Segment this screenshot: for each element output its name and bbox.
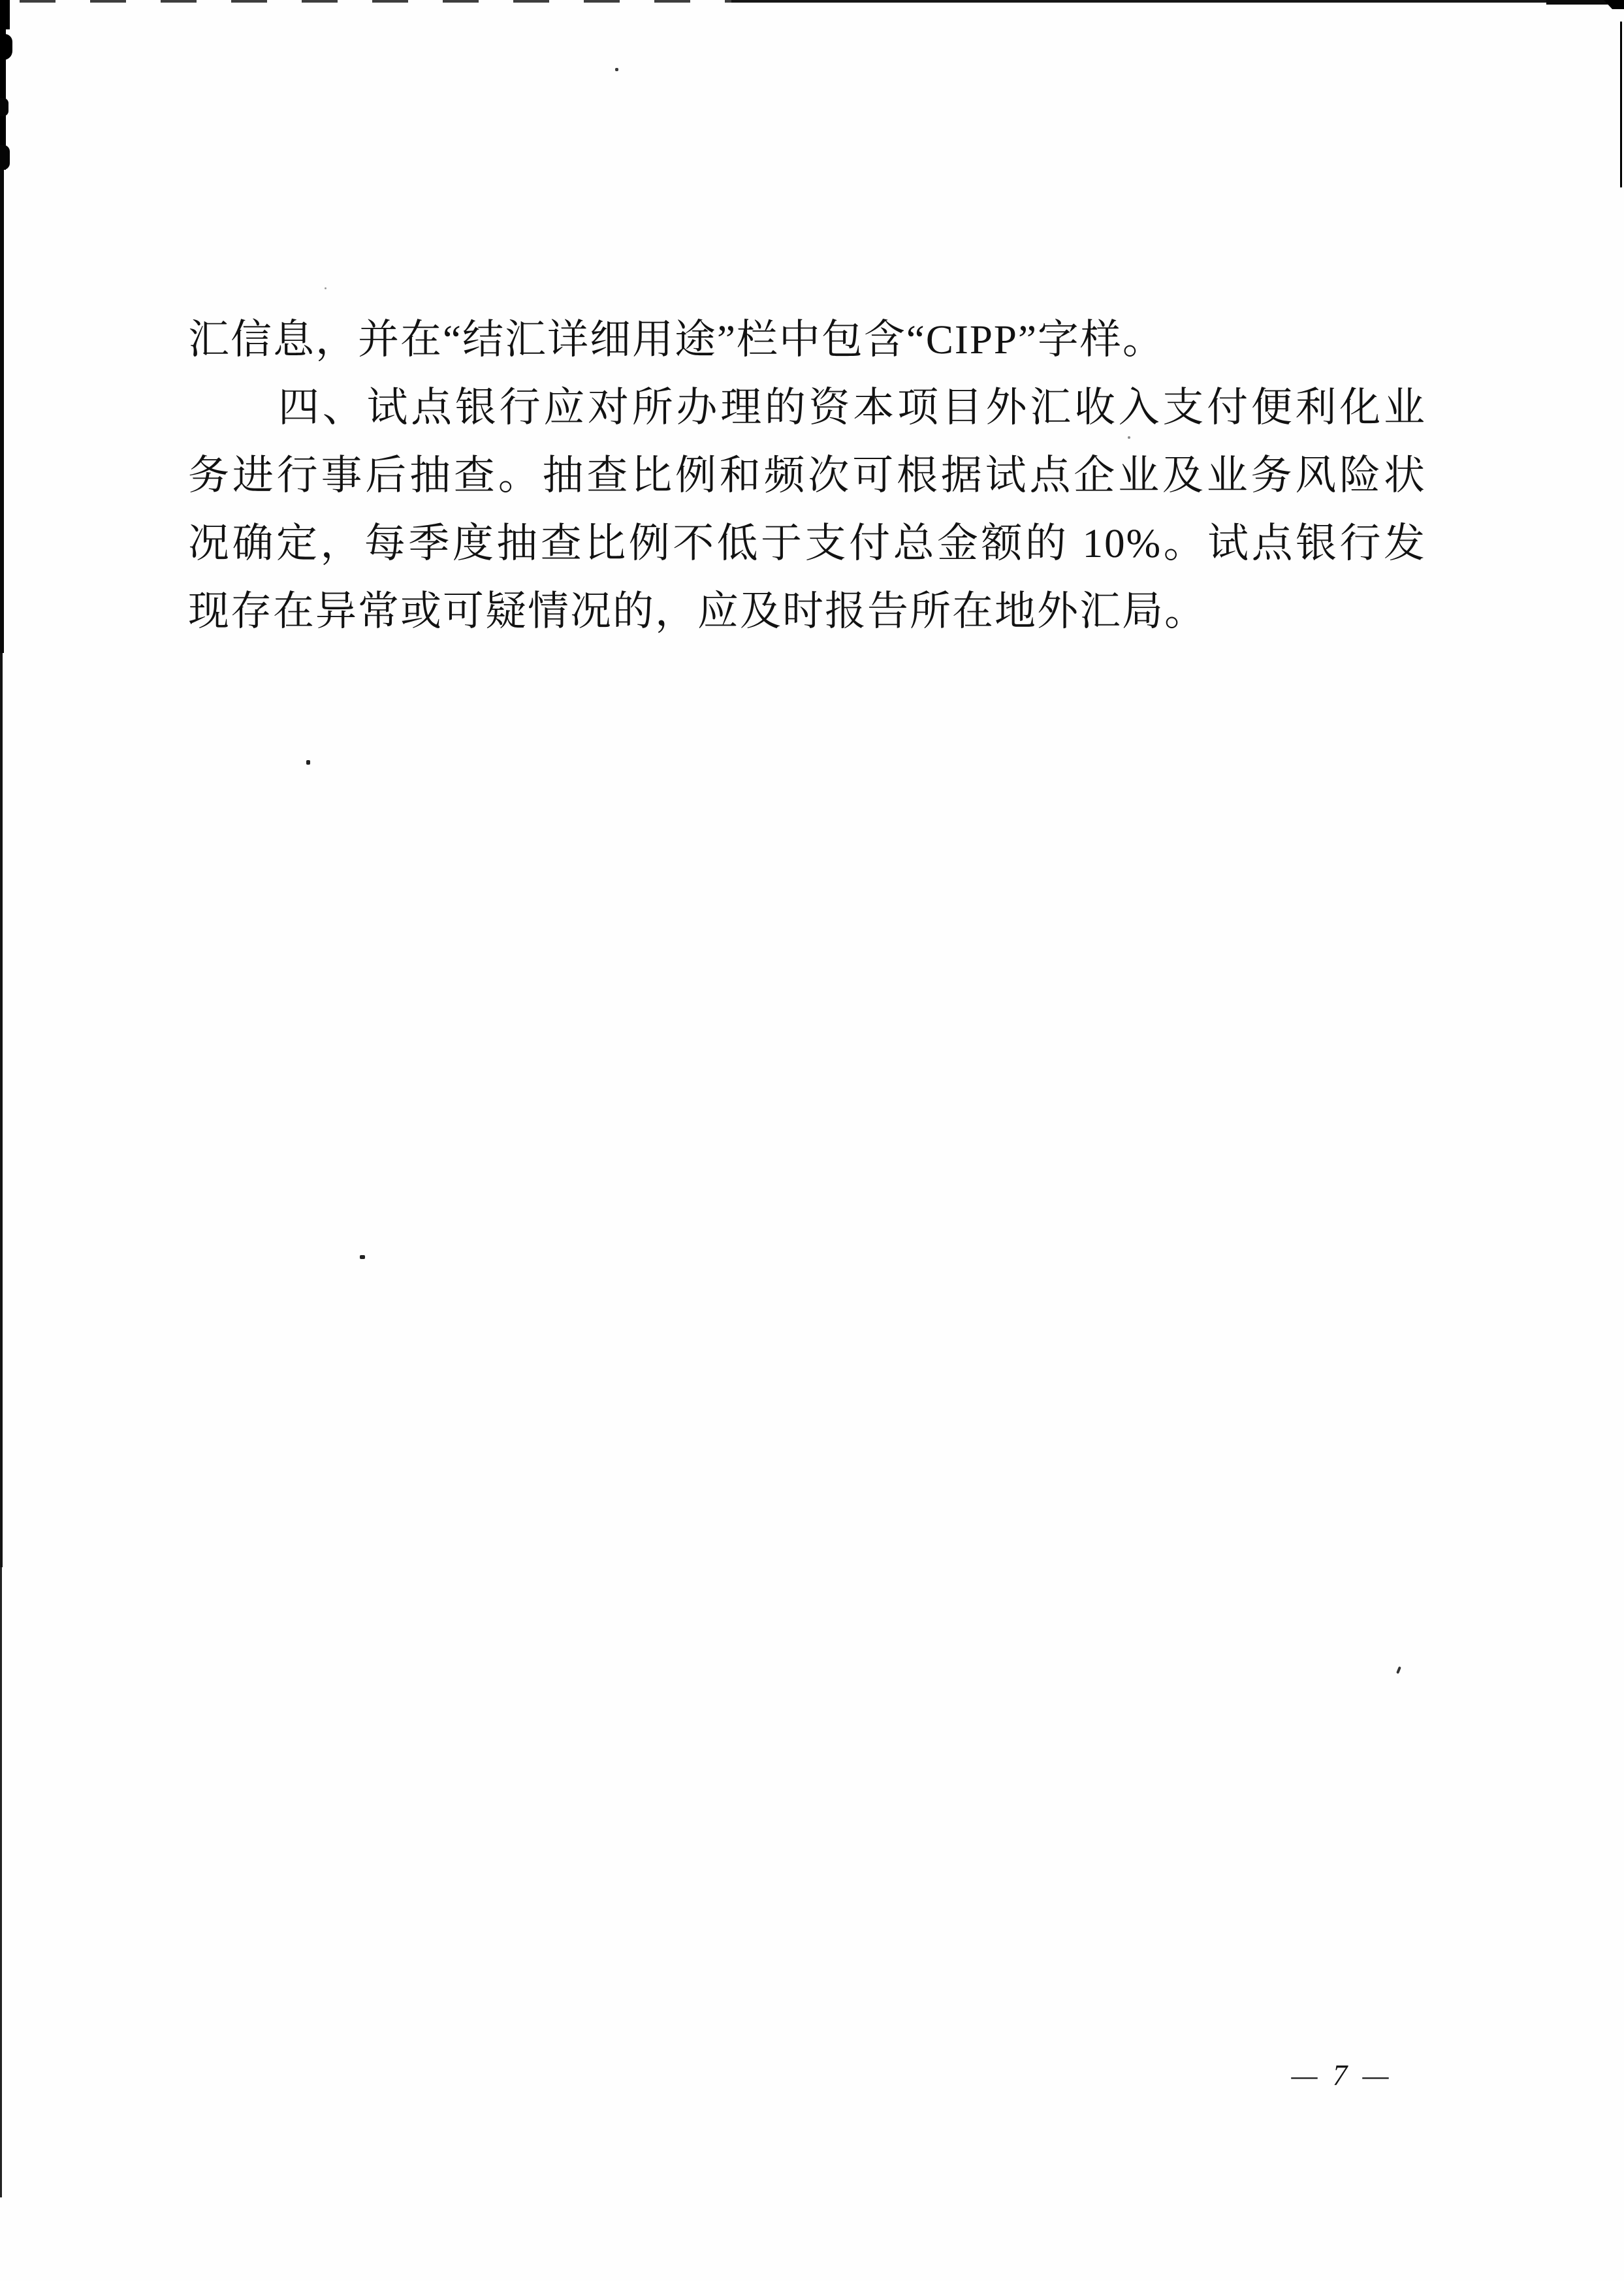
scan-artifact-left-edge-4	[0, 653, 3, 1567]
scan-speck-2	[306, 760, 310, 765]
scan-artifact-right-edge-line	[1620, 22, 1622, 187]
scan-artifact-left-edge-1	[0, 0, 10, 29]
scan-speck-5	[1128, 436, 1130, 439]
scan-speck-3	[360, 1255, 365, 1259]
body-text-line-3: 务进行事后抽查。抽查比例和频次可根据试点企业及业务风险状	[188, 441, 1426, 509]
scan-artifact-left-edge-bump-3	[0, 145, 10, 170]
page-number: — 7 —	[1270, 2058, 1414, 2092]
body-text-line-5: 现存在异常或可疑情况的，应及时报告所在地外汇局。	[188, 577, 1426, 645]
scan-artifact-left-edge-5	[0, 1567, 2, 2197]
scan-speck-4	[1396, 1667, 1401, 1674]
scan-speck-1	[615, 68, 618, 71]
document-text-block: 汇信息，并在“结汇详细用途”栏中包含“CIPP”字样。 四、试点银行应对所办理的…	[188, 306, 1426, 645]
scan-artifact-left-edge-bump-1	[0, 34, 12, 60]
scan-artifact-top-right-corner	[1604, 0, 1624, 9]
body-text-line-4: 况确定，每季度抽查比例不低于支付总金额的 10%。试点银行发	[188, 509, 1426, 577]
scan-artifact-top-line	[731, 0, 1624, 3]
body-text-line-2: 四、试点银行应对所办理的资本项目外汇收入支付便利化业	[188, 374, 1426, 441]
body-text-line-1: 汇信息，并在“结汇详细用途”栏中包含“CIPP”字样。	[188, 306, 1426, 374]
scan-artifact-top-dashes	[20, 0, 731, 3]
scan-artifact-left-edge-bump-2	[0, 98, 8, 116]
scan-artifact-left-edge-3	[0, 170, 4, 653]
scanned-document-page: 汇信息，并在“结汇详细用途”栏中包含“CIPP”字样。 四、试点银行应对所办理的…	[0, 0, 1624, 2281]
scan-speck-6	[325, 287, 326, 289]
